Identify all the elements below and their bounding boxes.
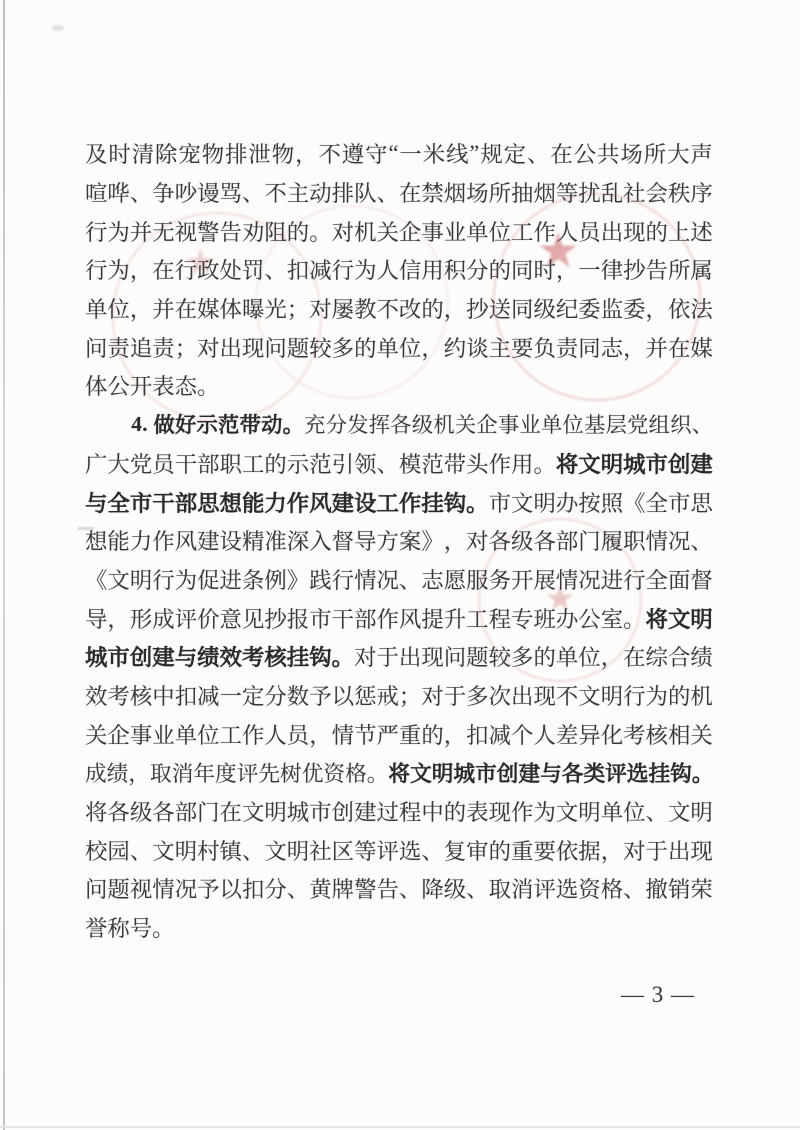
text-line: 喧哗、争吵谩骂、不主动排队、在禁烟场所抽烟等扰乱社会秩序	[85, 173, 713, 212]
text-line: 问题视情况予以扣分、黄牌警告、降级、取消评选资格、撤销荣	[85, 869, 713, 908]
page-number: — 3 —	[578, 982, 738, 1008]
text-line: 《文明行为促进条例》践行情况、志愿服务开展情况进行全面督	[85, 560, 713, 599]
scan-edge-artifact	[3, 0, 5, 1130]
document-text: 及时清除宠物排泄物，不遵守“一米线”规定、在公共场所大声喧哗、争吵谩骂、不主动排…	[85, 134, 713, 946]
scan-smudge	[52, 25, 64, 31]
text-line: 广大党员干部职工的示范引领、模范带头作用。将文明城市创建	[85, 444, 713, 483]
scan-edge-artifact	[0, 1126, 800, 1128]
text-line: 行为并无视警告劝阻的。对机关企事业单位工作人员出现的上述	[85, 211, 713, 250]
text-line: 效考核中扣减一定分数予以惩戒；对于多次出现不文明行为的机	[85, 676, 713, 715]
text-line: 将各级各部门在文明城市创建过程中的表现作为文明单位、文明	[85, 792, 713, 831]
text-line: 行为，在行政处罚、扣减行为人信用积分的同时，一律抄告所属	[85, 250, 713, 289]
text-line: 体公开表态。	[85, 366, 713, 405]
text-line: 想能力作风建设精准深入督导方案》，对各级各部门履职情况、	[85, 521, 713, 560]
text-line: 成绩，取消年度评先树优资格。将文明城市创建与各类评选挂钩。	[85, 753, 713, 792]
text-line: 关企事业单位工作人员，情节严重的，扣减个人差异化考核相关	[85, 714, 713, 753]
text-line: 校园、文明村镇、文明社区等评选、复审的重要依据，对于出现	[85, 830, 713, 869]
text-line: 导，形成评价意见抄报市干部作风提升工程专班办公室。将文明	[85, 598, 713, 637]
text-line: 问责追责；对出现问题较多的单位，约谈主要负责同志，并在媒	[85, 327, 713, 366]
text-line: 及时清除宠物排泄物，不遵守“一米线”规定、在公共场所大声	[85, 134, 713, 173]
document-page: ★ ★ ★ 及时清除宠物排泄物，不遵守“一米线”规定、在公共场所大声喧哗、争吵谩…	[0, 0, 800, 1130]
text-line: 与全市干部思想能力作风建设工作挂钩。市文明办按照《全市思	[85, 482, 713, 521]
text-line: 誉称号。	[85, 908, 713, 947]
text-line: 城市创建与绩效考核挂钩。对于出现问题较多的单位，在综合绩	[85, 637, 713, 676]
text-line: 单位，并在媒体曝光；对屡教不改的，抄送同级纪委监委，依法	[85, 289, 713, 328]
text-line: 4. 做好示范带动。充分发挥各级机关企事业单位基层党组织、	[85, 405, 713, 444]
